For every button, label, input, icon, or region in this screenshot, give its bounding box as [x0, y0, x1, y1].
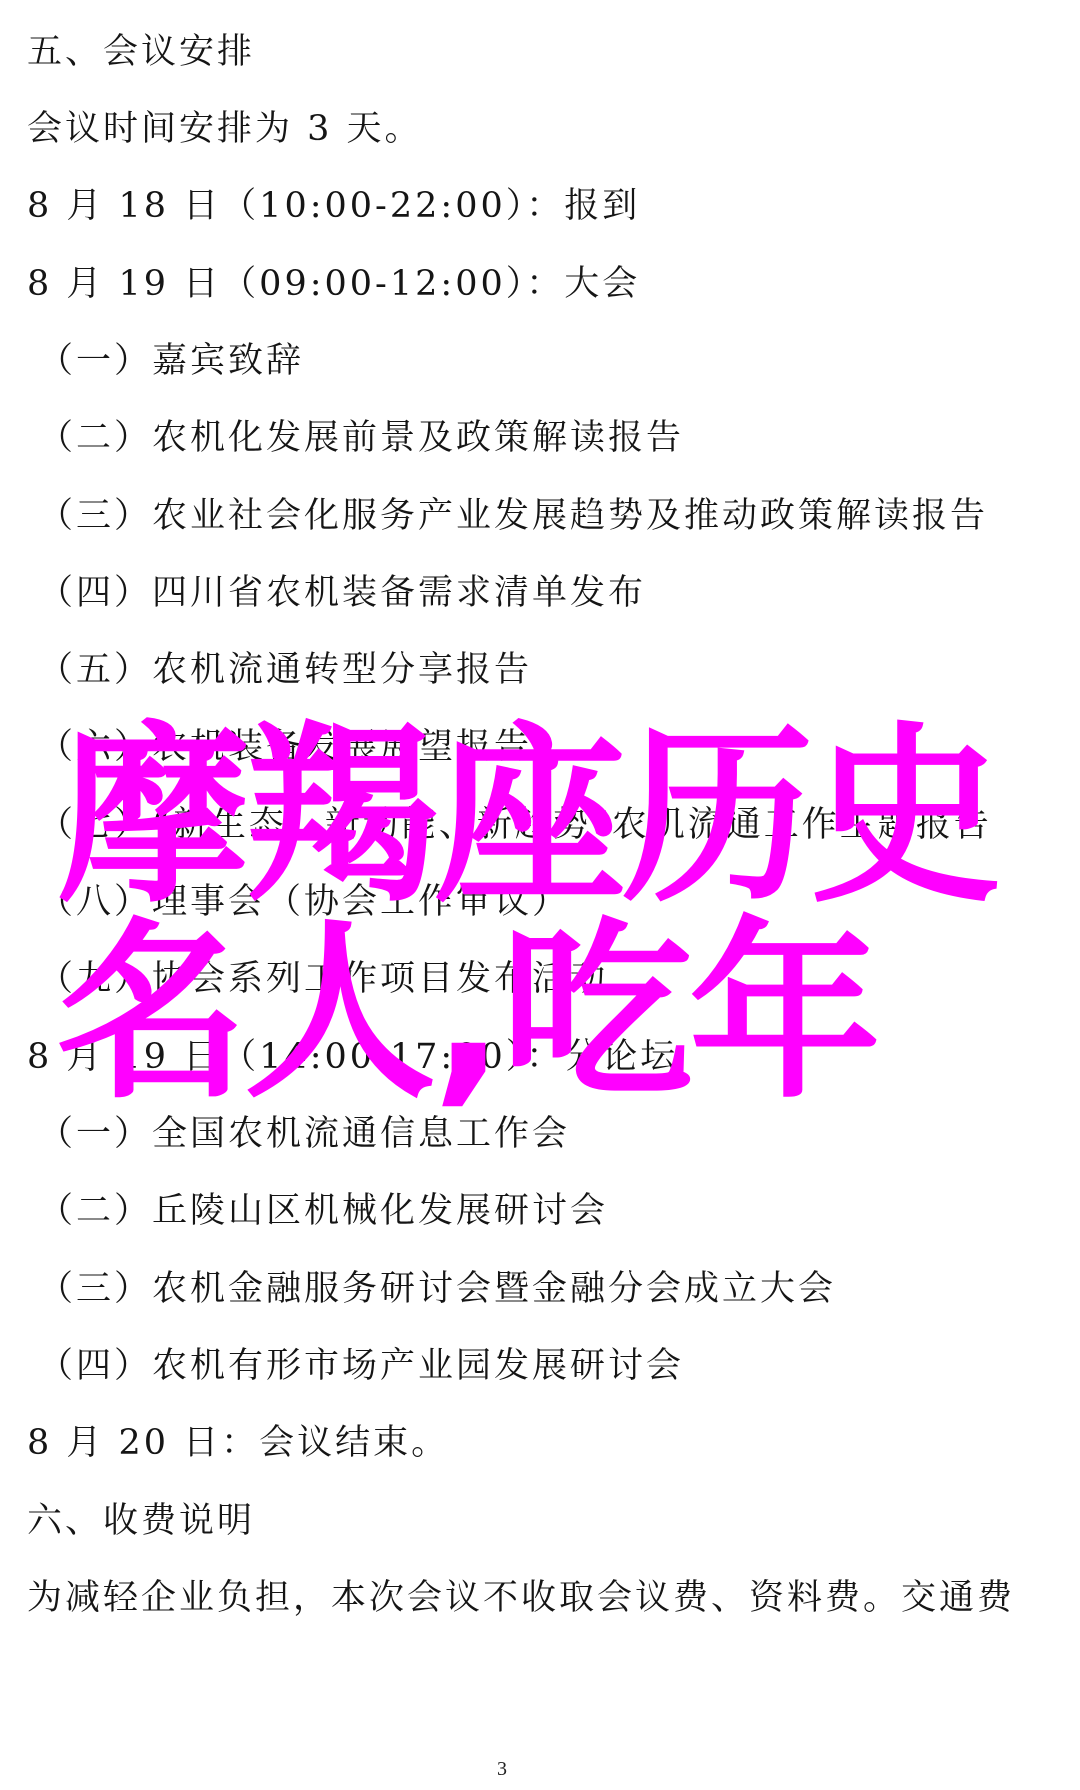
schedule-aug19-afternoon: 8 月 19 日（14:00-17:00）：分论坛: [27, 1032, 678, 1082]
forum-item: （一）全国农机流通信息工作会: [38, 1109, 570, 1159]
agenda-item: （九）协会系列工作项目发布活动: [38, 954, 608, 1004]
forum-item: （三）农机金融服务研讨会暨金融分会成立大会: [38, 1264, 836, 1314]
meeting-duration-text: 会议时间安排为 3 天。: [27, 104, 423, 154]
agenda-item: （五）农机流通转型分享报告: [38, 645, 532, 695]
agenda-item: （六）农机装备发展展望报告: [38, 722, 532, 772]
schedule-aug18: 8 月 18 日（10:00-22:00）：报到: [27, 181, 640, 231]
agenda-item: （三）农业社会化服务产业发展趋势及推动政策解读报告: [38, 491, 988, 541]
forum-item: （二）丘陵山区机械化发展研讨会: [38, 1186, 608, 1236]
fees-description: 为减轻企业负担，本次会议不收取会议费、资料费。交通费: [27, 1573, 1015, 1623]
schedule-aug20: 8 月 20 日：会议结束。: [27, 1418, 449, 1468]
section-heading-meeting-arrangement: 五、会议安排: [27, 27, 255, 77]
schedule-aug19-morning: 8 月 19 日（09:00-12:00）：大会: [27, 259, 640, 309]
section-heading-fees: 六、收费说明: [27, 1496, 255, 1546]
forum-item: （四）农机有形市场产业园发展研讨会: [38, 1341, 684, 1391]
agenda-item: （八）理事会（协会工作审议）: [38, 877, 570, 927]
agenda-item: （一）嘉宾致辞: [38, 336, 304, 386]
page-number: 3: [497, 1758, 507, 1781]
document-page: 五、会议安排 会议时间安排为 3 天。 8 月 18 日（10:00-22:00…: [0, 0, 1080, 1790]
agenda-item: （四）四川省农机装备需求清单发布: [38, 568, 646, 618]
agenda-item: （二）农机化发展前景及政策解读报告: [38, 413, 684, 463]
agenda-item: （七）“新生态、新动能、新趋势”农机流通工作主题报告: [38, 800, 992, 850]
